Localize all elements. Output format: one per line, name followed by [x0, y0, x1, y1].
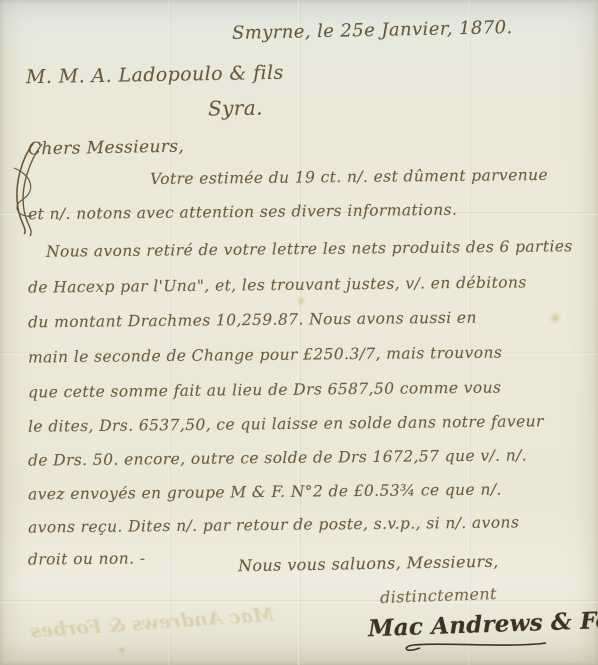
body-line: avez envoyés en groupe M & F. N°2 de £0.…	[28, 481, 502, 504]
paper-stain	[296, 296, 306, 306]
recipient-name: M. M. A. Ladopoulo & fils	[26, 62, 284, 88]
body-line: le dites, Drs. 6537,50, ce qui laisse en…	[28, 412, 544, 435]
body-line: du montant Drachmes 10,259.87. Nous avon…	[28, 309, 477, 332]
body-line: Nous avons retiré de votre lettre les ne…	[46, 237, 573, 261]
paper-stain	[548, 312, 562, 324]
signature: Mac Andrews & Forbes	[368, 605, 598, 642]
body-line: et n/. notons avec attention ses divers …	[28, 201, 457, 223]
body-line: avons reçu. Dites n/. par retour de post…	[28, 513, 519, 536]
recipient-city: Syra.	[208, 96, 263, 121]
body-line: droit ou non. -	[28, 549, 146, 568]
body-line: de Drs. 50. encore, outre ce solde de Dr…	[28, 446, 527, 469]
valediction: distinctement	[380, 584, 497, 607]
paper-stain	[118, 646, 126, 654]
ghost-signature-bleedthrough: Mac Andrews & Forbes	[30, 604, 275, 643]
letter-paper: Smyrne, le 25e Janvier, 1870. M. M. A. L…	[0, 0, 598, 665]
salutation: Chers Messieurs,	[28, 137, 185, 160]
body-line: main le seconde de Change pour £250.3/7,…	[28, 344, 502, 367]
fold-crease-horizontal	[0, 600, 598, 603]
body-line: que cette somme fait au lieu de Drs 6587…	[28, 379, 502, 402]
signature-flourish	[400, 640, 550, 654]
fold-crease-vertical	[168, 0, 171, 665]
body-line: de Hacexp par l'Una", et, les trouvant j…	[28, 273, 527, 296]
body-line: Votre estimée du 19 ct. n/. est dûment p…	[150, 166, 548, 188]
closing-line: Nous vous saluons, Messieurs,	[238, 552, 499, 576]
